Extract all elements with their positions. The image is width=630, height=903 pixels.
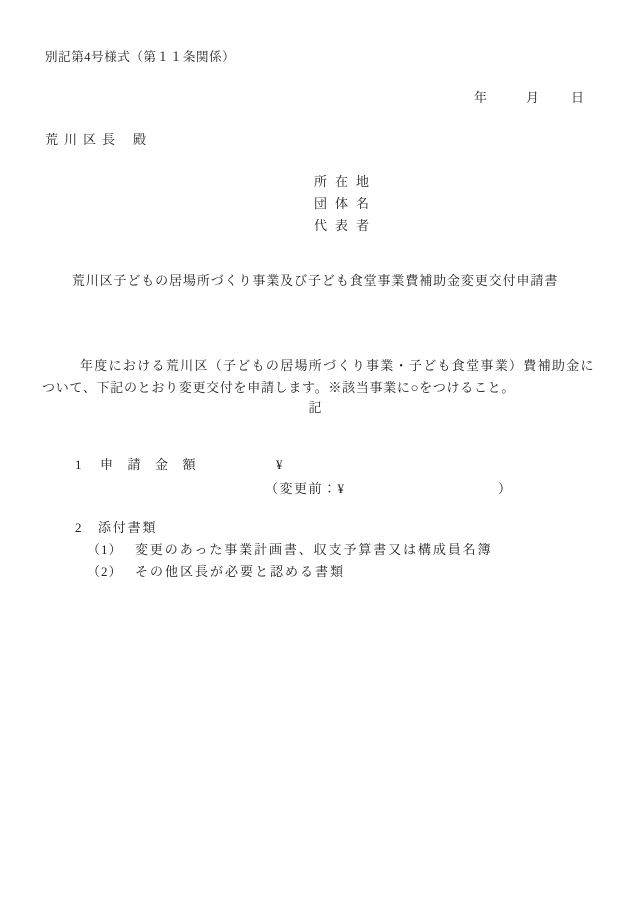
applicant-representative-label: 代表者	[314, 218, 377, 234]
record-marker: 記	[0, 400, 630, 416]
recipient-name: 荒川区長	[45, 132, 121, 148]
applicant-address-label: 所在地	[314, 174, 377, 190]
applicant-organization-label: 団体名	[314, 196, 377, 212]
attachment-2-text: その他区長が必要と認める書類	[135, 564, 345, 580]
attachment-1-text: 変更のあった事業計画書、収支予算書又は構成員名簿	[135, 542, 492, 558]
document-page: 別記第4号様式（第１１条関係） 年 月 日 荒川区長 殿 所在地 団体名 代表者…	[0, 0, 630, 903]
previous-amount-label: （変更前：¥	[265, 481, 346, 497]
date-day-label: 日	[571, 90, 584, 106]
document-title: 荒川区子どもの居場所づくり事業及び子ども食堂事業費補助金変更交付申請書	[0, 273, 630, 289]
attachment-2-number: （2）	[87, 564, 123, 580]
yen-symbol: ¥	[276, 457, 283, 473]
date-year-label: 年	[474, 90, 487, 106]
item1-number: 1	[75, 457, 82, 473]
recipient-honorific: 殿	[133, 132, 146, 148]
body-paragraph-line-2: ついて、下記のとおり変更交付を申請します。※該当事業に○をつけること。	[42, 380, 515, 396]
body-paragraph-line-1: 年度における荒川区（子どもの居場所づくり事業・子ども食堂事業）費補助金に	[80, 358, 595, 374]
form-number: 別記第4号様式（第１１条関係）	[45, 50, 235, 65]
attachment-1-number: （1）	[87, 542, 123, 558]
previous-amount-close-paren: ）	[498, 481, 511, 497]
attachments-label: 添付書類	[98, 520, 157, 536]
application-amount-label: 申請金額	[100, 457, 210, 473]
date-month-label: 月	[526, 90, 539, 106]
item2-number: 2	[75, 520, 82, 536]
